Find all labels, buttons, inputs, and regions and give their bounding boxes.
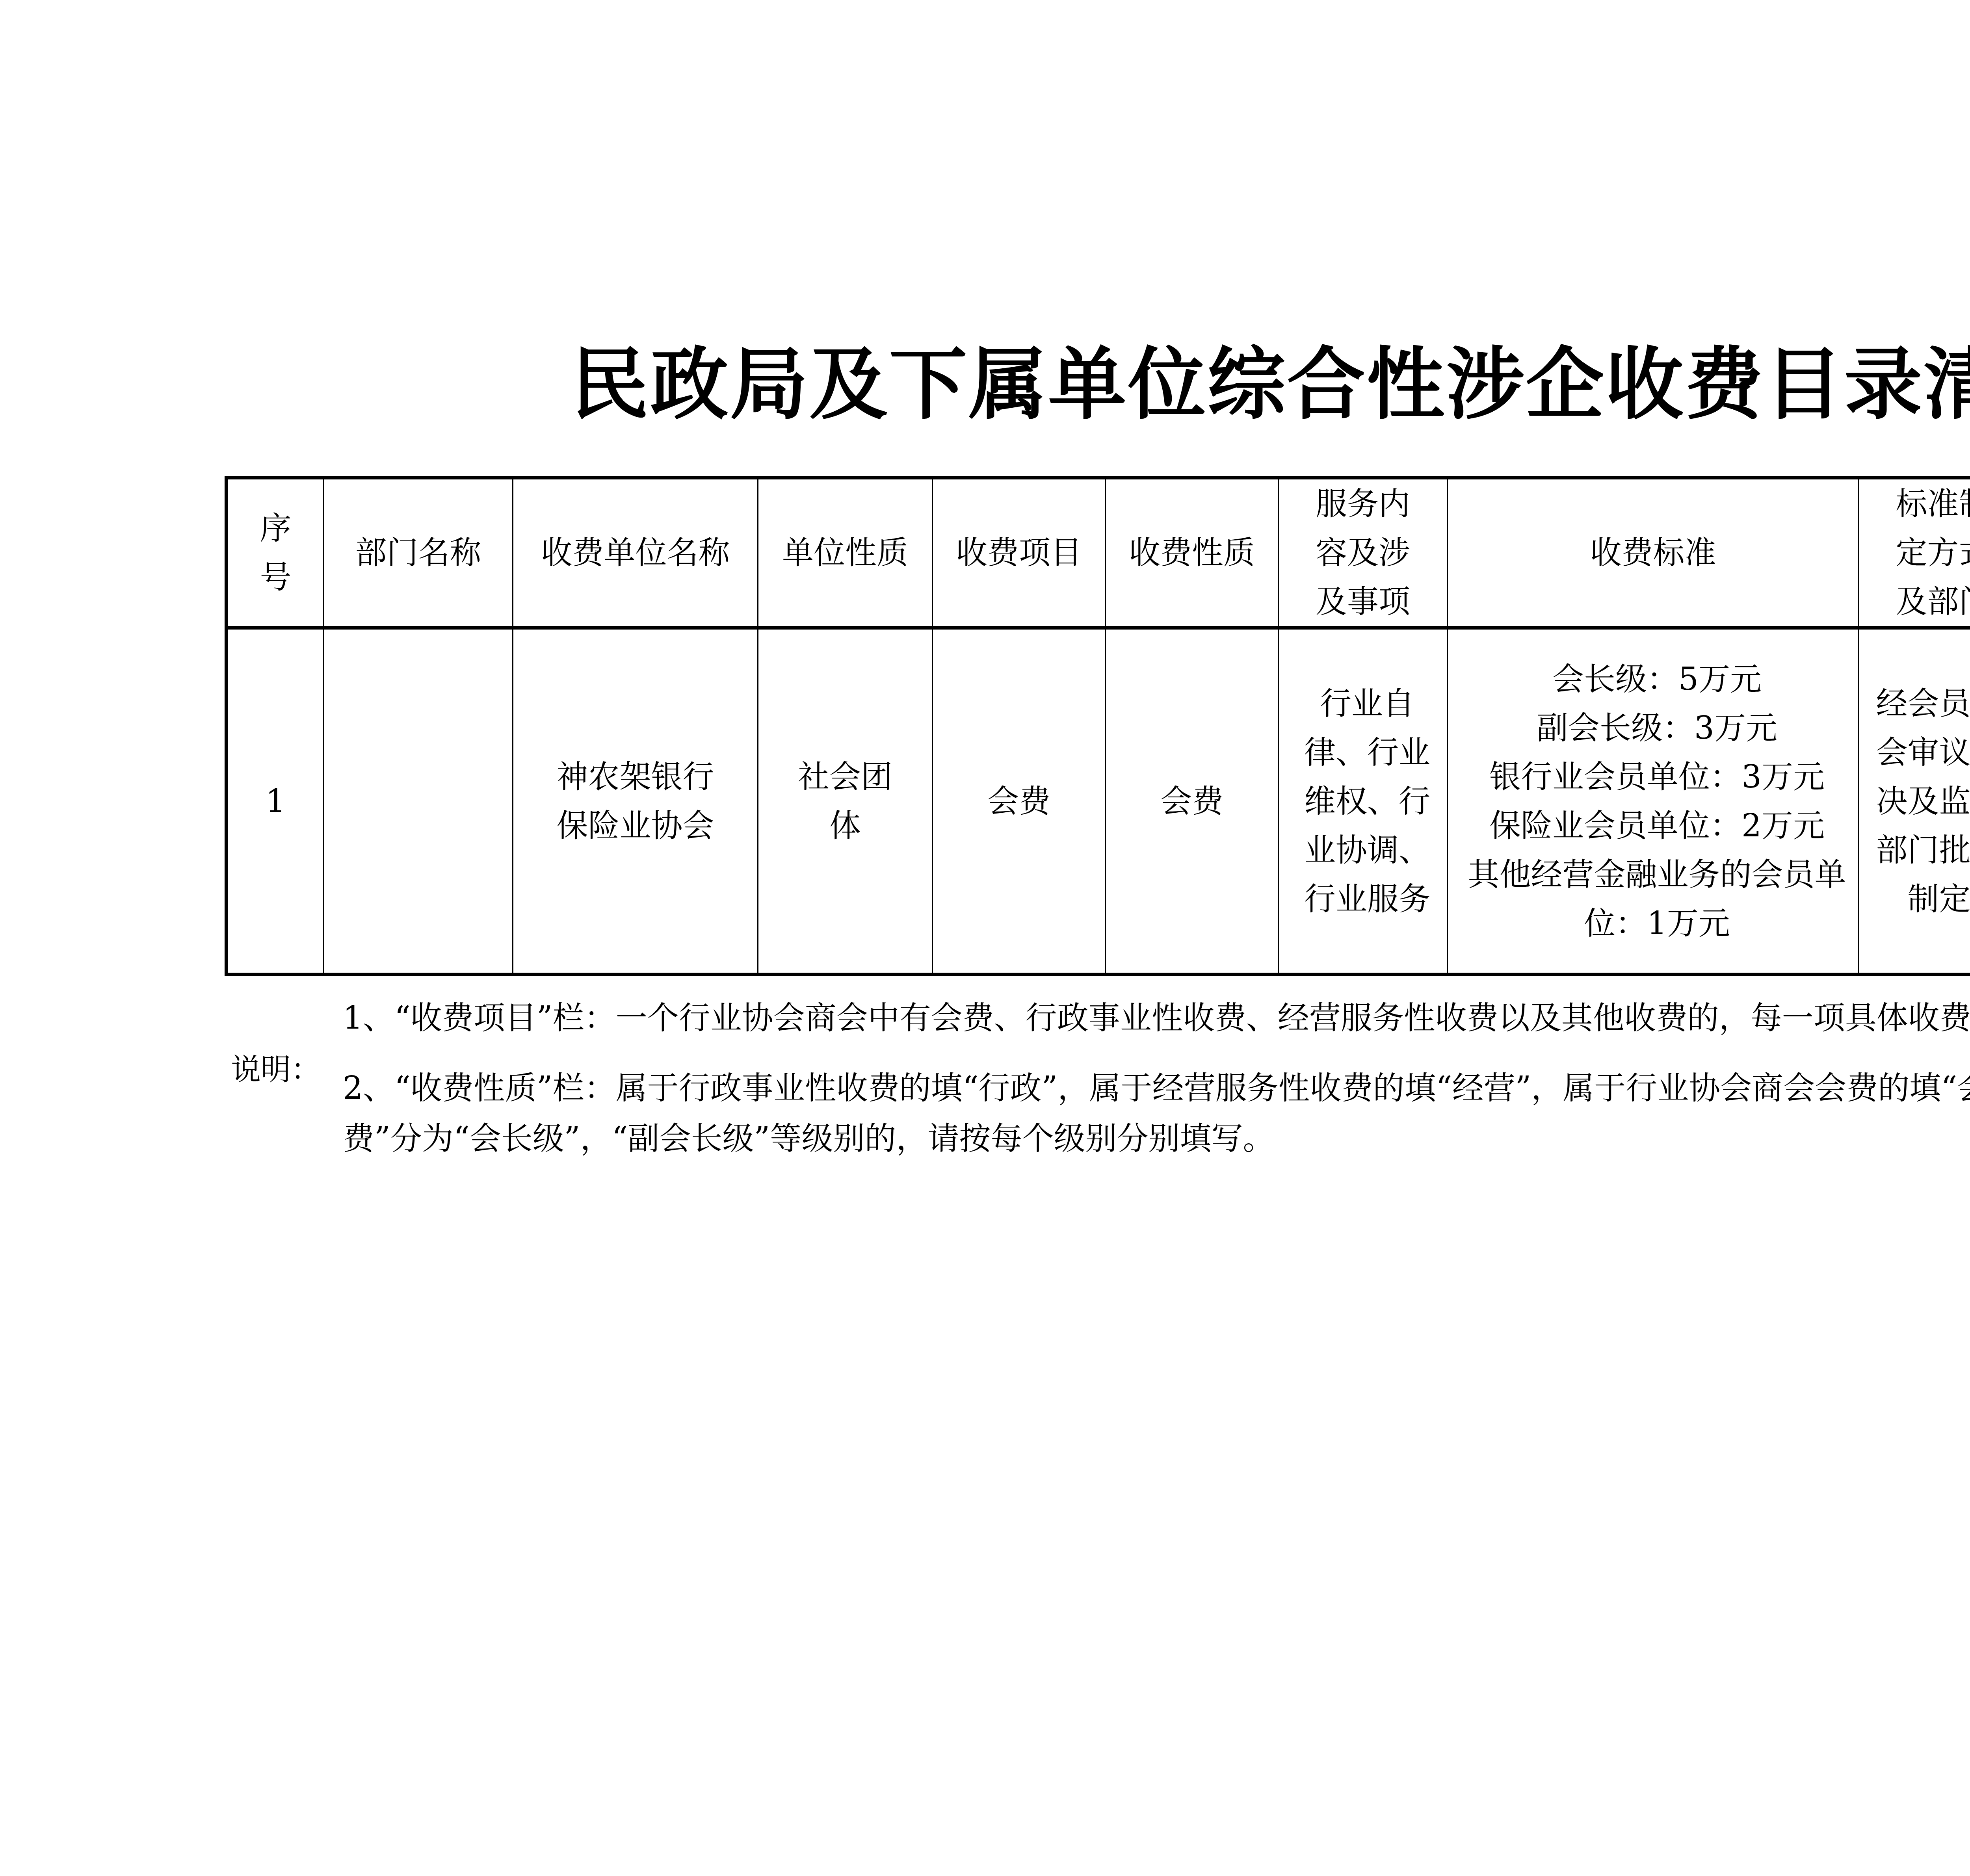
notes-list: 1、“收费项目”栏：一个行业协会商会中有会费、行政事业性收费、经营服务性收费以及… [343, 993, 1970, 1183]
fee-standard-line: 其他经营金融业务的会员单位：1万元 [1464, 850, 1850, 948]
header-fee-standard: 收费标准 [1448, 478, 1859, 628]
note-item: 1、“收费项目”栏：一个行业协会商会中有会费、行政事业性收费、经营服务性收费以及… [343, 993, 1970, 1043]
cell-service-content: 行业自律、行业维权、行业协调、行业服务 [1279, 628, 1448, 975]
header-unit-nature: 单位性质 [758, 478, 933, 628]
header-fee-nature: 收费性质 [1106, 478, 1279, 628]
cell-unit-name: 神农架银行保险业协会 [513, 628, 758, 975]
header-service-content: 服务内容及涉及事项 [1279, 478, 1448, 628]
table-header-row: 序号 部门名称 收费单位名称 单位性质 收费项目 收费性质 服务内容及涉及事项 … [227, 478, 1970, 628]
cell-standard-setting: 经会员大会审议表决及监管部门批准制定 [1859, 628, 1970, 975]
cell-unit-nature: 社会团体 [758, 628, 933, 975]
header-standard-setting: 标准制定方式及部门 [1859, 478, 1970, 628]
cell-fee-standard: 会长级：5万元 副会长级：3万元 银行业会员单位：3万元 保险业会员单位：2万元… [1448, 628, 1859, 975]
fee-standard-line: 会长级：5万元 [1464, 655, 1850, 704]
cell-seq: 1 [227, 628, 324, 975]
cell-fee-nature: 会费 [1106, 628, 1279, 975]
notes-label: 说明： [225, 1044, 327, 1095]
cell-department [324, 628, 513, 975]
cell-fee-item: 会费 [933, 628, 1106, 975]
fee-standard-line: 保险业会员单位：2万元 [1464, 801, 1850, 850]
fee-catalog-table: 序号 部门名称 收费单位名称 单位性质 收费项目 收费性质 服务内容及涉及事项 … [225, 476, 1970, 976]
header-department: 部门名称 [324, 478, 513, 628]
header-seq: 序号 [227, 478, 324, 628]
header-unit-name: 收费单位名称 [513, 478, 758, 628]
note-item: 2、“收费性质”栏：属于行政事业性收费的填“行政”，属于经营服务性收费的填“经营… [343, 1063, 1970, 1164]
document-title: 民政局及下属单位综合性涉企收费目录清单 [0, 335, 1970, 433]
header-fee-item: 收费项目 [933, 478, 1106, 628]
table-row: 1 神农架银行保险业协会 社会团体 会费 会费 行业自律、行业维权、行业协调、行… [227, 628, 1970, 975]
fee-standard-line: 副会长级：3万元 [1464, 704, 1850, 752]
fee-standard-line: 银行业会员单位：3万元 [1464, 752, 1850, 801]
